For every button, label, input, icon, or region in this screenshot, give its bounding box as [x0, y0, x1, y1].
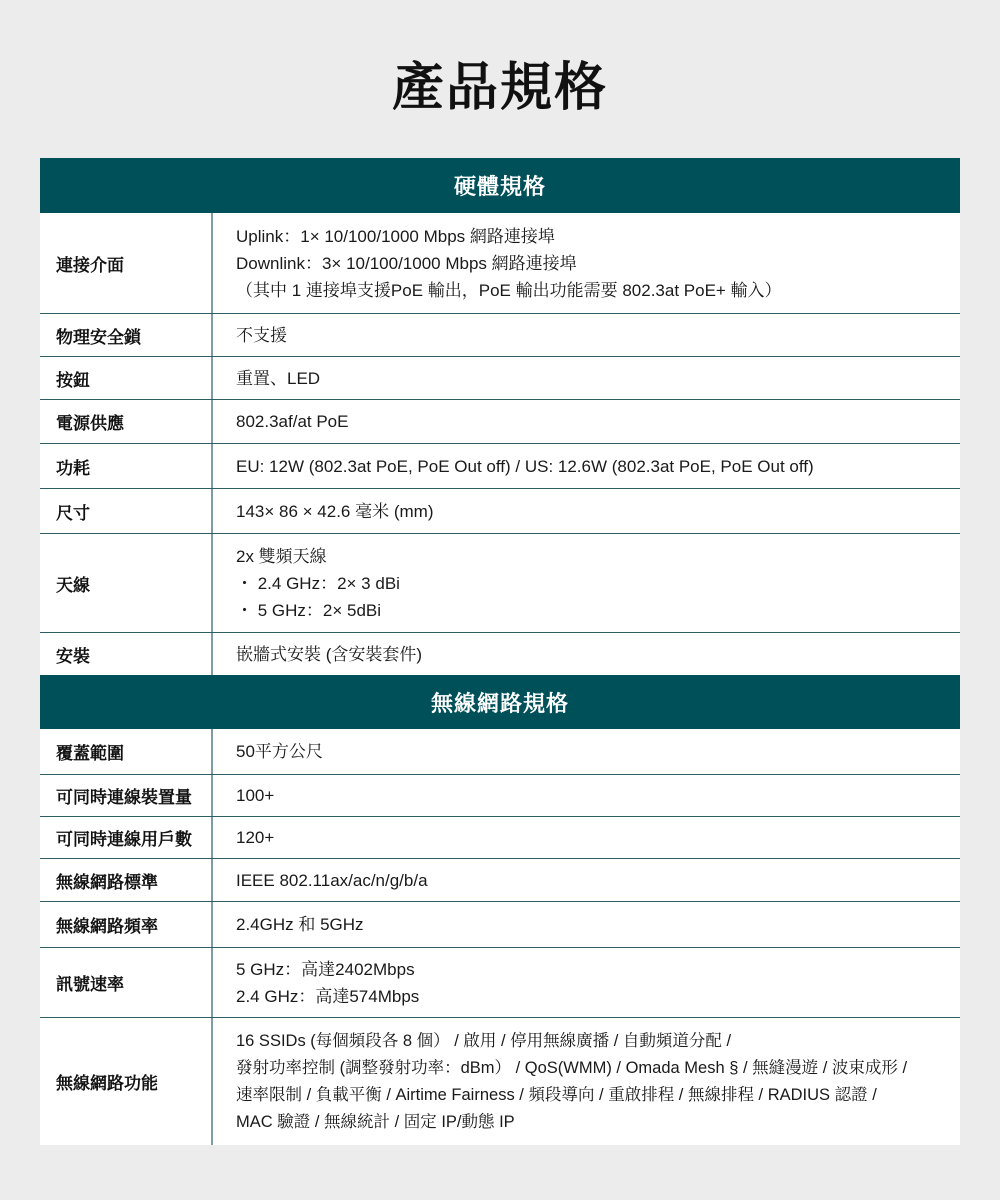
spec-value: 2.4GHz 和 5GHz [213, 902, 960, 947]
spec-label: 尺寸 [40, 489, 213, 533]
spec-row-antenna: 天線 2x 雙頻天線 ・ 2.4 GHz：2× 3 dBi ・ 5 GHz：2×… [40, 534, 960, 633]
spec-value-line: Uplink：1× 10/100/1000 Mbps 網路連接埠 [236, 223, 960, 250]
spec-value-line: IEEE 802.11ax/ac/n/g/b/a [236, 867, 960, 894]
spec-value-line: 速率限制 / 負載平衡 / Airtime Fairness / 頻段導向 / … [236, 1082, 960, 1109]
spec-value-line: Downlink：3× 10/100/1000 Mbps 網路連接埠 [236, 250, 960, 277]
spec-value-line: EU: 12W (802.3at PoE, PoE Out off) / US:… [236, 453, 960, 480]
page-title: 產品規格 [0, 52, 1000, 124]
spec-value-line: 2.4GHz 和 5GHz [236, 911, 960, 938]
spec-row-signal-rate: 訊號速率 5 GHz：高達2402Mbps 2.4 GHz：高達574Mbps [40, 948, 960, 1018]
spec-value-line: MAC 驗證 / 無線統計 / 固定 IP/動態 IP [236, 1109, 960, 1136]
spec-value: 16 SSIDs (每個頻段各 8 個） / 啟用 / 停用無線廣播 / 自動頻… [213, 1018, 960, 1145]
spec-label: 安裝 [40, 633, 213, 675]
spec-value: 重置、LED [213, 357, 960, 399]
spec-value-line: ・ 2.4 GHz：2× 3 dBi [236, 570, 960, 597]
spec-table: 硬體規格 連接介面 Uplink：1× 10/100/1000 Mbps 網路連… [40, 158, 960, 1145]
spec-label: 無線網路頻率 [40, 902, 213, 947]
spec-value: 100+ [213, 775, 960, 816]
spec-row-buttons: 按鈕 重置、LED [40, 357, 960, 400]
spec-value: 嵌牆式安裝 (含安裝套件) [213, 633, 960, 675]
spec-label: 電源供應 [40, 400, 213, 443]
spec-label: 物理安全鎖 [40, 314, 213, 356]
spec-label: 訊號速率 [40, 948, 213, 1017]
spec-row-mounting: 安裝 嵌牆式安裝 (含安裝套件) [40, 633, 960, 675]
spec-row-coverage: 覆蓋範圍 50平方公尺 [40, 729, 960, 775]
spec-value-line: 802.3af/at PoE [236, 408, 960, 435]
spec-value-line: 5 GHz：高達2402Mbps [236, 956, 960, 983]
spec-value: 120+ [213, 817, 960, 858]
spec-row-concurrent-users: 可同時連線用戶數 120+ [40, 817, 960, 859]
spec-value-line: 嵌牆式安裝 (含安裝套件) [236, 641, 960, 668]
spec-row-power-consumption: 功耗 EU: 12W (802.3at PoE, PoE Out off) / … [40, 444, 960, 489]
spec-value-line: 重置、LED [236, 365, 960, 392]
spec-row-concurrent-devices: 可同時連線裝置量 100+ [40, 775, 960, 817]
spec-value-line: 2x 雙頻天線 [236, 543, 960, 570]
spec-value-line: 50平方公尺 [236, 738, 960, 765]
spec-row-wireless-features: 無線網路功能 16 SSIDs (每個頻段各 8 個） / 啟用 / 停用無線廣… [40, 1018, 960, 1145]
spec-label: 無線網路功能 [40, 1018, 213, 1145]
spec-value: 802.3af/at PoE [213, 400, 960, 443]
spec-value: IEEE 802.11ax/ac/n/g/b/a [213, 859, 960, 901]
spec-label: 天線 [40, 534, 213, 632]
spec-label: 按鈕 [40, 357, 213, 399]
spec-label: 無線網路標準 [40, 859, 213, 901]
spec-value-line: ・ 5 GHz：2× 5dBi [236, 597, 960, 624]
spec-value: 50平方公尺 [213, 729, 960, 774]
spec-value-line: 143× 86 × 42.6 毫米 (mm) [236, 498, 960, 525]
section-header-hardware: 硬體規格 [40, 158, 960, 213]
spec-label: 連接介面 [40, 213, 213, 313]
spec-label: 可同時連線用戶數 [40, 817, 213, 858]
section-header-wireless: 無線網路規格 [40, 675, 960, 729]
spec-row-wireless-frequency: 無線網路頻率 2.4GHz 和 5GHz [40, 902, 960, 948]
spec-value-line: （其中 1 連接埠支援PoE 輸出，PoE 輸出功能需要 802.3at PoE… [236, 277, 960, 304]
spec-value-line: 2.4 GHz：高達574Mbps [236, 983, 960, 1010]
spec-row-dimensions: 尺寸 143× 86 × 42.6 毫米 (mm) [40, 489, 960, 534]
spec-value-line: 100+ [236, 782, 960, 809]
spec-value-line: 不支援 [236, 322, 960, 349]
spec-label: 功耗 [40, 444, 213, 488]
spec-value: 143× 86 × 42.6 毫米 (mm) [213, 489, 960, 533]
spec-row-interface: 連接介面 Uplink：1× 10/100/1000 Mbps 網路連接埠 Do… [40, 213, 960, 314]
spec-value: Uplink：1× 10/100/1000 Mbps 網路連接埠 Downlin… [213, 213, 960, 313]
spec-row-security-lock: 物理安全鎖 不支援 [40, 314, 960, 357]
spec-value: 2x 雙頻天線 ・ 2.4 GHz：2× 3 dBi ・ 5 GHz：2× 5d… [213, 534, 960, 632]
spec-value-line: 發射功率控制 (調整發射功率：dBm） / QoS(WMM) / Omada M… [236, 1055, 960, 1082]
spec-row-power-supply: 電源供應 802.3af/at PoE [40, 400, 960, 444]
spec-value: 5 GHz：高達2402Mbps 2.4 GHz：高達574Mbps [213, 948, 960, 1017]
spec-row-wireless-standard: 無線網路標準 IEEE 802.11ax/ac/n/g/b/a [40, 859, 960, 902]
spec-value-line: 16 SSIDs (每個頻段各 8 個） / 啟用 / 停用無線廣播 / 自動頻… [236, 1028, 960, 1055]
spec-value: EU: 12W (802.3at PoE, PoE Out off) / US:… [213, 444, 960, 488]
spec-label: 覆蓋範圍 [40, 729, 213, 774]
spec-label: 可同時連線裝置量 [40, 775, 213, 816]
spec-value: 不支援 [213, 314, 960, 356]
spec-value-line: 120+ [236, 824, 960, 851]
